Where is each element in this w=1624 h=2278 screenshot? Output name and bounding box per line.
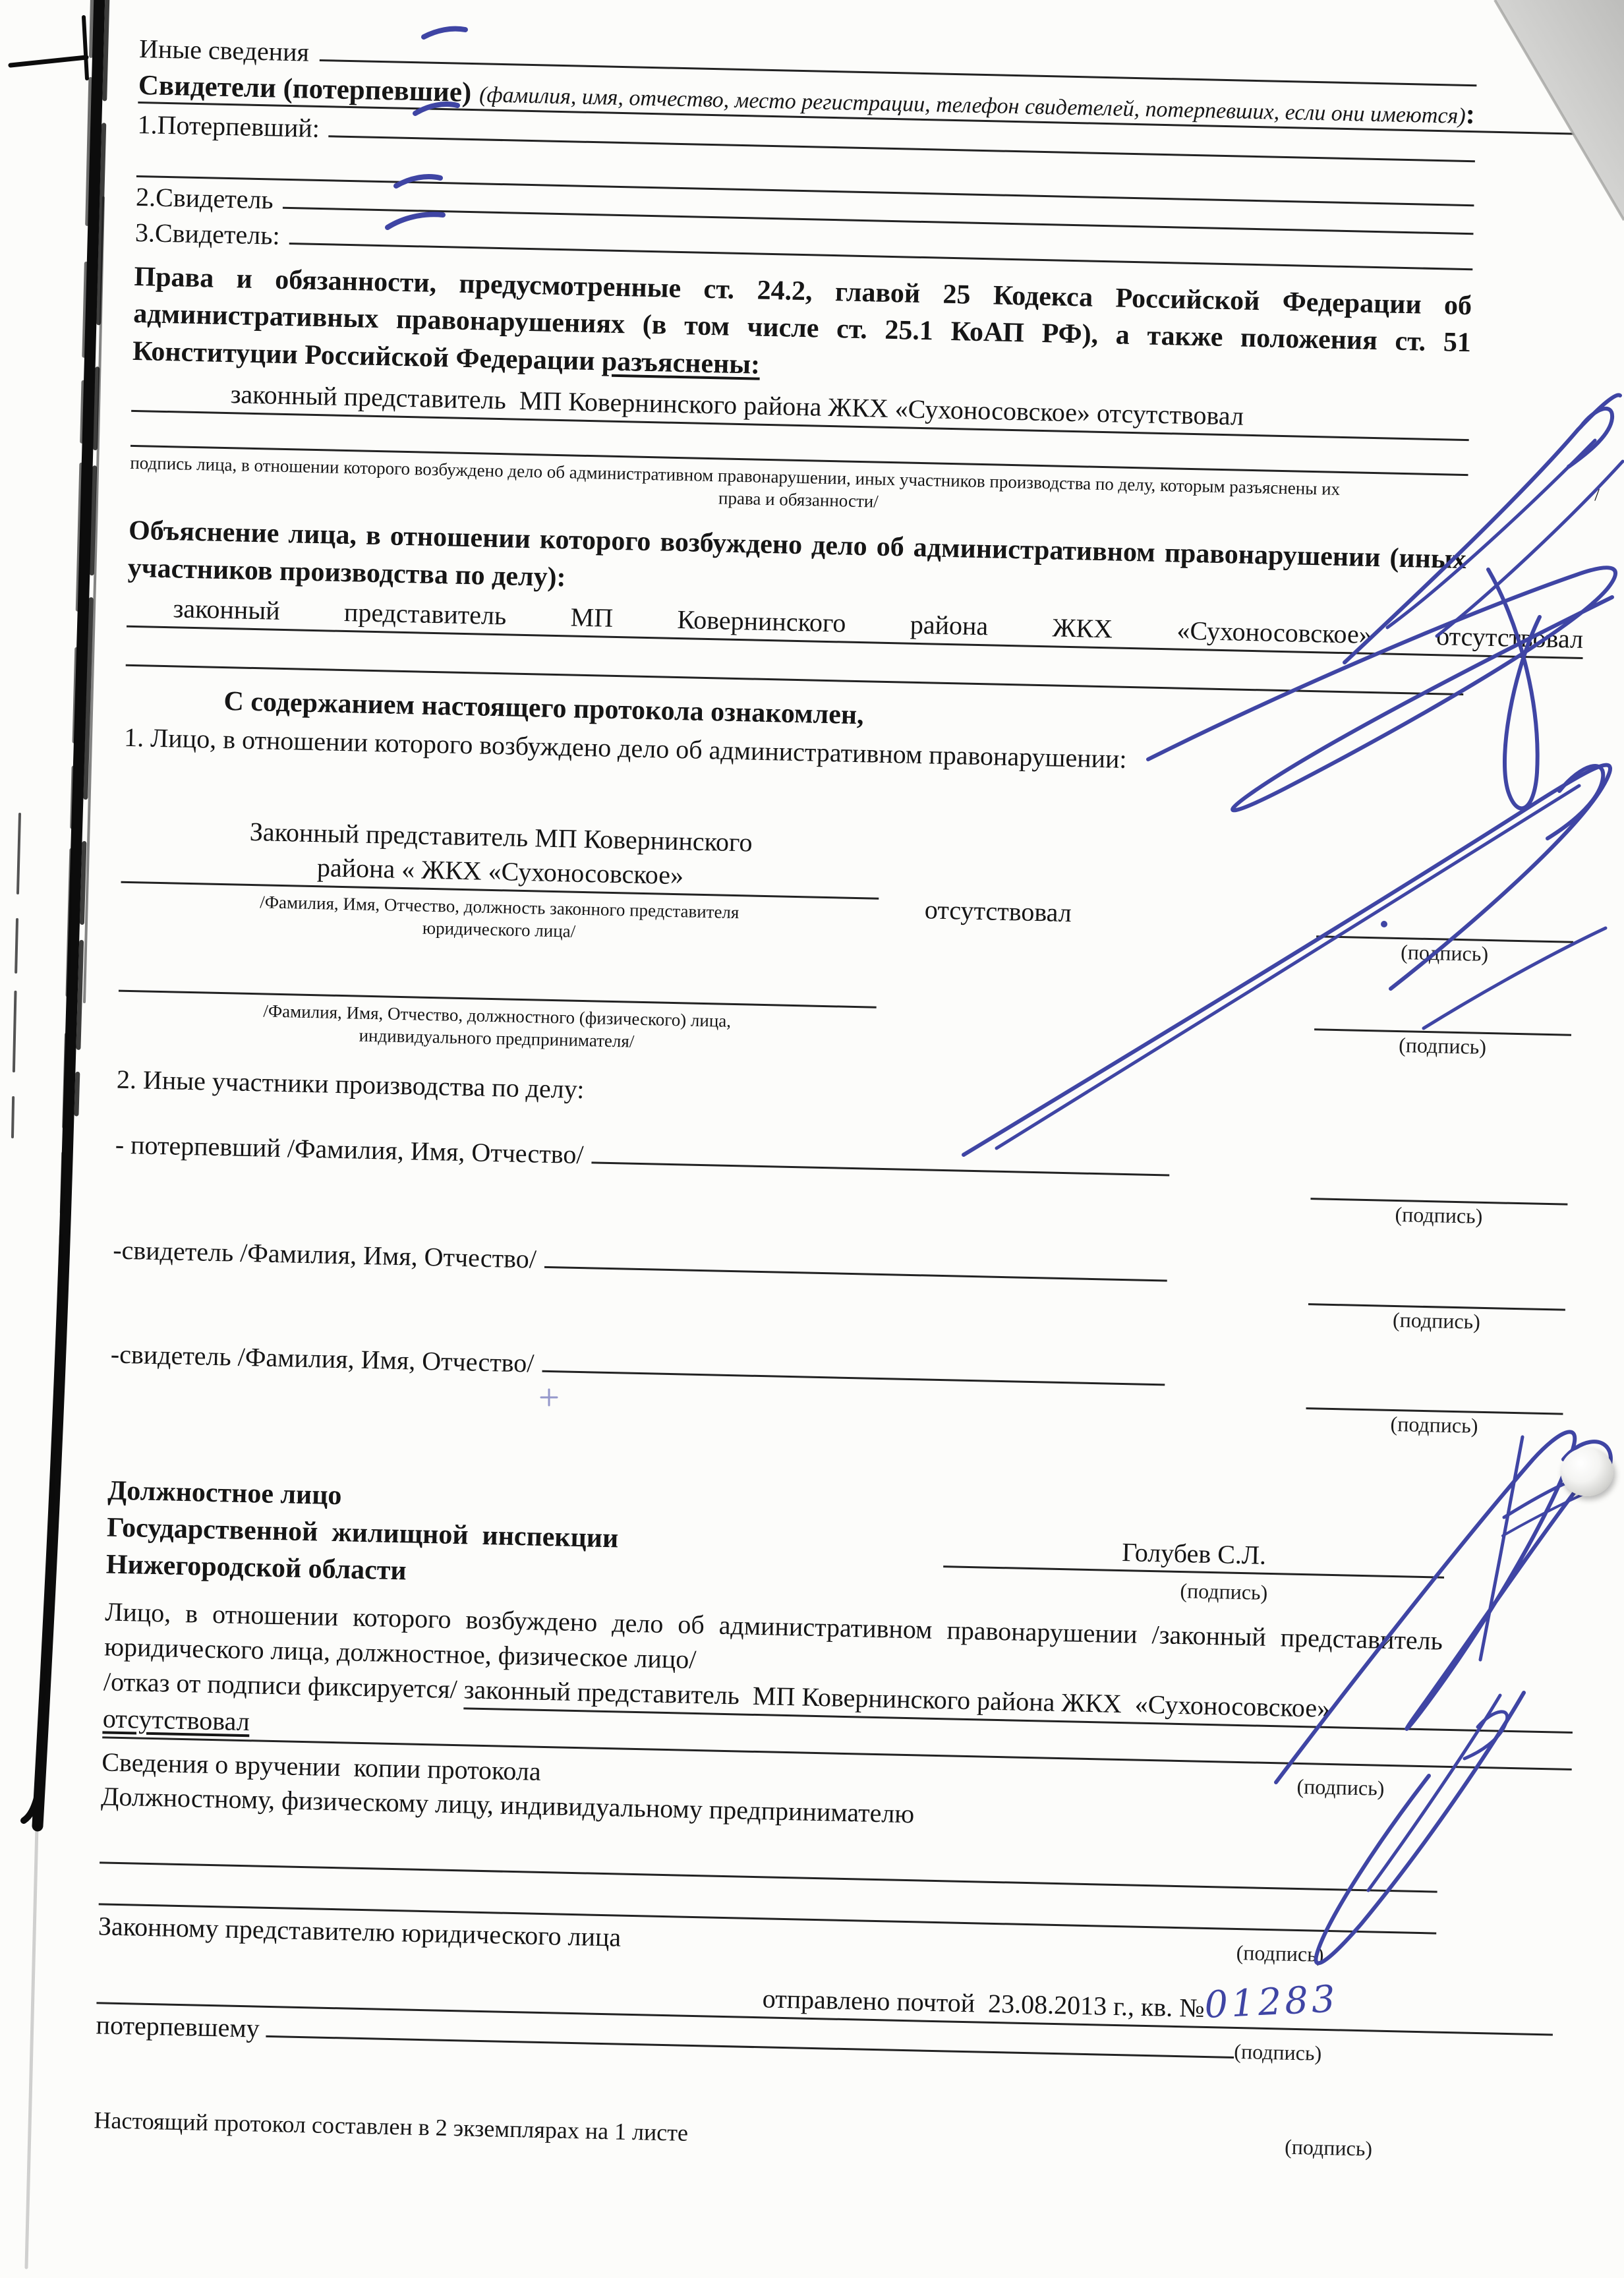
victim1-label: 1.Потерпевший: [137, 107, 320, 146]
legal-rep-name-box: Законный представитель МП Ковернинского … [121, 811, 881, 900]
scan-streak [76, 0, 107, 1114]
participant-blank-line [591, 1161, 1169, 1176]
rights-filled-line [1244, 425, 1469, 430]
refusal-value2: отсутствовал [102, 1701, 250, 1739]
sent-blank-segment [97, 1993, 763, 2007]
legal-rep-section: Законный представитель МП Ковернинского … [117, 811, 1460, 1070]
other-participants-heading: 2. Иные участники производства по делу: [116, 1063, 1455, 1126]
official-left-col: Должностное лицо Государственной жилищно… [105, 1472, 944, 1601]
participant-block: - потерпевший /Фамилия, Имя, Отчество/ (… [114, 1128, 1453, 1228]
handwritten-receipt-number: 01283 [1203, 1981, 1339, 2024]
signature-line [1316, 838, 1575, 943]
witnesses-colon: : [1465, 98, 1475, 131]
paper-blob [1561, 1447, 1613, 1496]
rights-hint-slash: / [1594, 484, 1600, 506]
scan-streak [84, 198, 103, 1002]
victim-delivery-line [266, 2035, 1234, 2059]
witness2-label: 2.Свидетель [136, 180, 274, 218]
participant-blank-line [542, 1370, 1165, 1386]
signature-caption: (подпись) [1285, 2134, 1432, 2163]
official-sign-col: Голубев С.Л. (подпись) [942, 1490, 1446, 1612]
participant-row: -свидетель /Фамилия, Имя, Отчество/ [113, 1233, 1451, 1297]
victim-delivery-label: потерпевшему [96, 2008, 260, 2046]
spacer [1340, 495, 1594, 500]
signature-line [1314, 962, 1573, 1036]
scan-streak-faint [26, 1826, 37, 2267]
participant-sign-col: (подпись) [1310, 1188, 1568, 1231]
participant-label: - потерпевший /Фамилия, Имя, Отчество/ [115, 1128, 584, 1173]
scan-streak [38, 0, 100, 1826]
participant-sign-col: (подпись) [1306, 1398, 1563, 1440]
spacer [1338, 2020, 1553, 2024]
scan-bracket-mark [84, 17, 87, 78]
participant-blank-line [544, 1266, 1167, 1282]
scan-scratch [13, 814, 20, 1137]
participant-label: -свидетель /Фамилия, Имя, Отчество/ [110, 1337, 535, 1382]
witness3-label: 3.Свидетель: [134, 216, 280, 254]
participant-row: -свидетель /Фамилия, Имя, Отчество/ [110, 1337, 1449, 1401]
other-info-label: Иные сведения [139, 32, 310, 70]
legal-rep-sign-col: (подпись) (подпись) [1314, 838, 1576, 1073]
sent-by-mail-text: отправлено почтой 23.08.2013 г., кв. № [762, 1981, 1205, 2026]
official-section: Должностное лицо Государственной жилищно… [105, 1472, 1445, 1612]
spacer [621, 1946, 1236, 1960]
official-name: Голубев С.Л. [943, 1531, 1445, 1579]
participant-label: -свидетель /Фамилия, Имя, Отчество/ [113, 1233, 537, 1277]
legal-rep-delivery-label: Законному представителю юридического лиц… [98, 1910, 621, 1956]
rights-underlined-word: разъяснены: [601, 346, 760, 380]
legal-rep-left-col: Законный представитель МП Ковернинского … [117, 811, 880, 1058]
spacer [688, 2141, 1285, 2154]
signature-scribble-official [1480, 1437, 1522, 1660]
participant-row: - потерпевший /Фамилия, Имя, Отчество/ [115, 1128, 1453, 1192]
copies-note: Настоящий протокол составлен в 2 экземпл… [94, 2105, 688, 2148]
signature-caption: (подпись) [1213, 2038, 1434, 2095]
signature-caption: (подпись) [1308, 1305, 1565, 1336]
participant-block: -свидетель /Фамилия, Имя, Отчество/ (под… [112, 1233, 1451, 1333]
footer-row: Настоящий протокол составлен в 2 экземпл… [94, 2105, 1432, 2165]
rights-paragraph: Права и обязанности, предусмотренные ст.… [132, 258, 1472, 399]
scan-bracket-mark [11, 57, 86, 65]
signature-scribble-explanation [1488, 569, 1540, 808]
absent-note: отсутствовал [875, 828, 1318, 1067]
participant-sign-col: (подпись) [1308, 1294, 1565, 1336]
witnesses-heading: Свидетели (потерпевшие) [138, 69, 471, 109]
scan-streak [40, 0, 92, 1780]
signature-scribble-rights [1569, 409, 1612, 467]
signature-scribble-legal-rep [1548, 766, 1603, 838]
refusal-prefix: /отказ от подписи фиксируется/ [103, 1664, 464, 1707]
signature-caption: (подпись) [1306, 1409, 1563, 1440]
signature-scribble-official [1503, 1494, 1584, 1536]
participant-block: -свидетель /Фамилия, Имя, Отчество/ (под… [109, 1337, 1449, 1438]
signature-caption: (подпись) [1314, 1030, 1571, 1061]
scan-streak-hook [24, 1793, 38, 1821]
rights-paragraph-text: Права и обязанности, предусмотренные ст.… [132, 262, 1479, 376]
signature-caption: (подпись) [1201, 1768, 1479, 1844]
scanned-protocol-page: Иные сведения Свидетели (потерпевшие) (ф… [0, 0, 1624, 2278]
document-content: Иные сведения Свидетели (потерпевшие) (ф… [94, 22, 1477, 2165]
signature-caption: (подпись) [942, 1573, 1444, 1610]
signature-caption: (подпись) [1310, 1200, 1568, 1231]
signature-caption: (подпись) [1236, 1940, 1436, 1970]
